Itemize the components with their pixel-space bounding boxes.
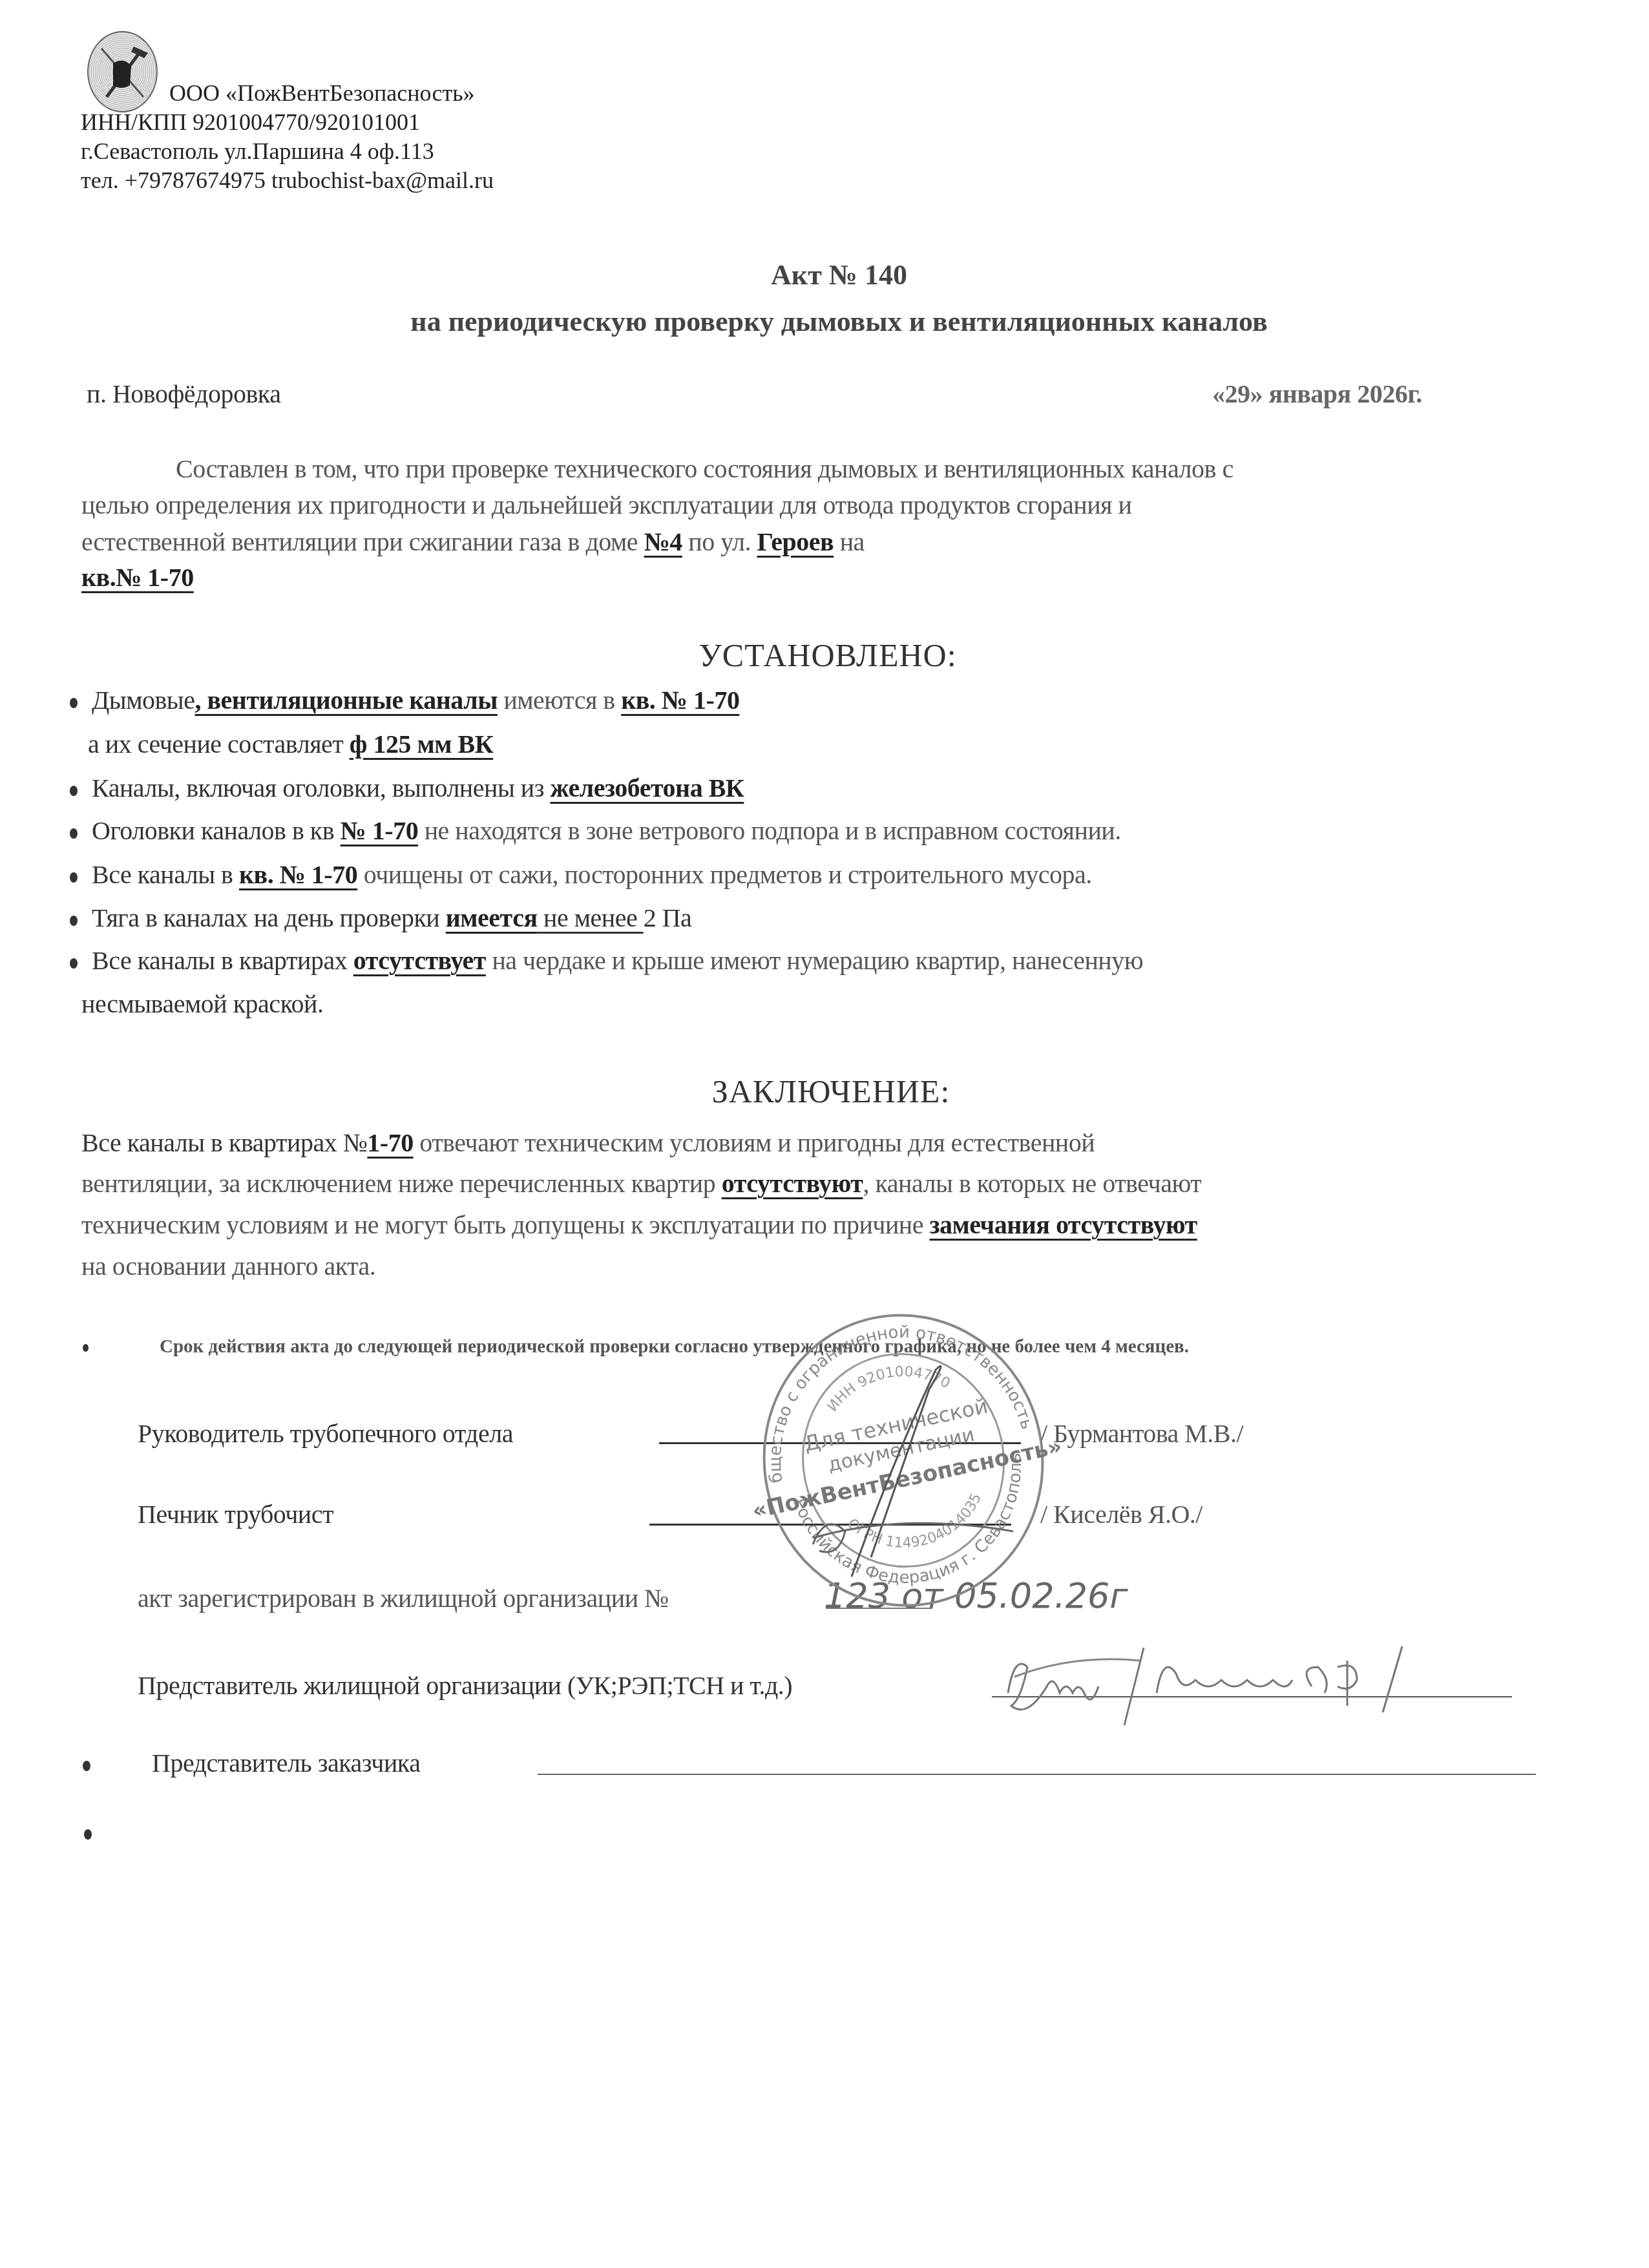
established-item-1-cont: а их сечение составляет ф 125 мм ВК (88, 729, 493, 759)
conclusion-text: вентиляции, за исключением ниже перечисл… (81, 1169, 722, 1198)
item-value: железобетона ВК (550, 773, 744, 803)
item-value: отсутствует (353, 946, 486, 975)
established-heading: УСТАНОВЛЕНО: (0, 636, 1649, 674)
item-text: очищены от сажи, посторонних предметов и… (357, 860, 1092, 889)
house-number: №4 (644, 527, 682, 556)
customer-rep-label: Представитель заказчика (152, 1748, 420, 1778)
customer-rep-row: Представитель заказчика (83, 1748, 420, 1778)
bullet-icon (83, 1344, 89, 1352)
item-value: кв. № 1-70 (621, 686, 739, 715)
established-item-1: Дымовые, вентиляционные каналы имеются в… (70, 685, 739, 715)
conclusion-text: отвечают техническим условиям и пригодны… (414, 1128, 1095, 1157)
head-name: / Бурмантова М.В./ (1040, 1418, 1243, 1449)
chimney-sweep-logo-icon (87, 31, 158, 112)
conclusion-text: Все каналы в квартирах № (81, 1128, 367, 1157)
bullet-icon (83, 1761, 90, 1771)
item-text: Все каналы в (92, 860, 239, 889)
established-item-6: Все каналы в квартирах отсутствует на че… (70, 945, 1143, 976)
item-value: ф 125 мм ВК (350, 730, 493, 759)
item-text: на чердаке и крыше имеют нумерацию кварт… (486, 946, 1143, 975)
apartments-range: кв.№ 1-70 (81, 562, 194, 593)
intro-line-3: естественной вентиляции при сжигании газ… (81, 527, 865, 557)
item-text: имеются в (498, 686, 621, 715)
draft-value: имеется (446, 903, 538, 932)
bullet-icon (84, 1829, 92, 1840)
item-text: Тяга в каналах на день проверки (92, 903, 446, 932)
bullet-icon (70, 698, 78, 708)
intro-line-3-suffix: на (834, 527, 865, 556)
company-contacts: тел. +79787674975 trubochist-bax@mail.ru (81, 166, 494, 195)
conclusion-line-1: Все каналы в квартирах №1-70 отвечают те… (81, 1128, 1095, 1158)
act-subtitle: на периодическую проверку дымовых и вент… (0, 305, 1649, 338)
act-date: «29» января 2026г. (1212, 379, 1422, 409)
established-item-5: Тяга в каналах на день проверки имеется … (70, 903, 691, 933)
housing-rep-label: Представитель жилищной организации (УК;Р… (138, 1670, 792, 1701)
bullet-icon (70, 916, 78, 926)
conclusion-heading: ЗАКЛЮЧЕНИЕ: (0, 1073, 1649, 1110)
street-prefix: по ул. (682, 527, 757, 556)
bullet-icon (70, 958, 78, 969)
item-text: не менее (538, 903, 644, 932)
established-item-6-cont: несмываемой краской. (81, 989, 323, 1019)
conclusion-value: отсутствуют (722, 1169, 863, 1198)
conclusion-line-3: техническим условиям и не могут быть доп… (81, 1210, 1197, 1240)
sweep-label: Печник трубочист (138, 1499, 333, 1529)
intro-line-1: Составлен в том, что при проверке технич… (176, 454, 1234, 484)
established-item-4: Все каналы в кв. № 1-70 очищены от сажи,… (70, 859, 1092, 890)
item-value: кв. № 1-70 (239, 860, 357, 889)
company-inn-kpp: ИНН/КПП 9201004770/920101001 (81, 108, 420, 137)
act-title: Акт № 140 (0, 258, 1649, 291)
company-stamp: Общество с ограниченной ответственностью… (742, 1299, 1065, 1622)
item-value: , вентиляционные каналы (195, 686, 498, 715)
item-text: Дымовые (92, 686, 195, 715)
empty-bullet (84, 1829, 106, 1840)
conclusion-value: 1-70 (367, 1128, 413, 1157)
act-place: п. Новофёдоровка (87, 379, 280, 409)
intro-line-2: целью определения их пригодности и дальн… (81, 490, 1131, 520)
item-value: № 1-70 (341, 816, 419, 845)
company-name: ООО «ПожВентБезопасность» (169, 79, 475, 108)
established-item-2: Каналы, включая оголовки, выполнены из ж… (70, 773, 744, 803)
bullet-icon (70, 786, 78, 796)
draft-pressure: 2 Па (644, 903, 692, 932)
conclusion-value: замечания отсутствуют (930, 1210, 1197, 1239)
housing-rep-signature (989, 1641, 1506, 1732)
bullet-icon (70, 872, 78, 883)
registered-label: акт зарегистрирован в жилищной организац… (138, 1583, 669, 1613)
conclusion-text: техническим условиям и не могут быть доп… (81, 1210, 930, 1239)
established-item-3: Оголовки каналов в кв № 1-70 не находятс… (70, 815, 1121, 846)
bullet-icon (70, 828, 78, 839)
customer-rep-signature-line[interactable] (538, 1774, 1536, 1775)
conclusion-line-4: на основании данного акта. (81, 1251, 375, 1281)
conclusion-line-2: вентиляции, за исключением ниже перечисл… (81, 1168, 1201, 1199)
item-text: не находятся в зоне ветрового подпора и … (418, 816, 1121, 845)
item-text: Все каналы в квартирах (92, 946, 353, 975)
head-label: Руководитель трубопечного отдела (138, 1418, 513, 1449)
conclusion-text: , каналы в которых не отвечают (863, 1169, 1201, 1198)
street-name: Героев (757, 527, 834, 556)
item-text: Оголовки каналов в кв (92, 816, 341, 845)
company-address: г.Севастополь ул.Паршина 4 оф.113 (81, 137, 434, 166)
item-text: Каналы, включая оголовки, выполнены из (92, 773, 550, 803)
intro-line-3-prefix: естественной вентиляции при сжигании газ… (81, 527, 644, 556)
item-text: а их сечение составляет (88, 730, 350, 759)
